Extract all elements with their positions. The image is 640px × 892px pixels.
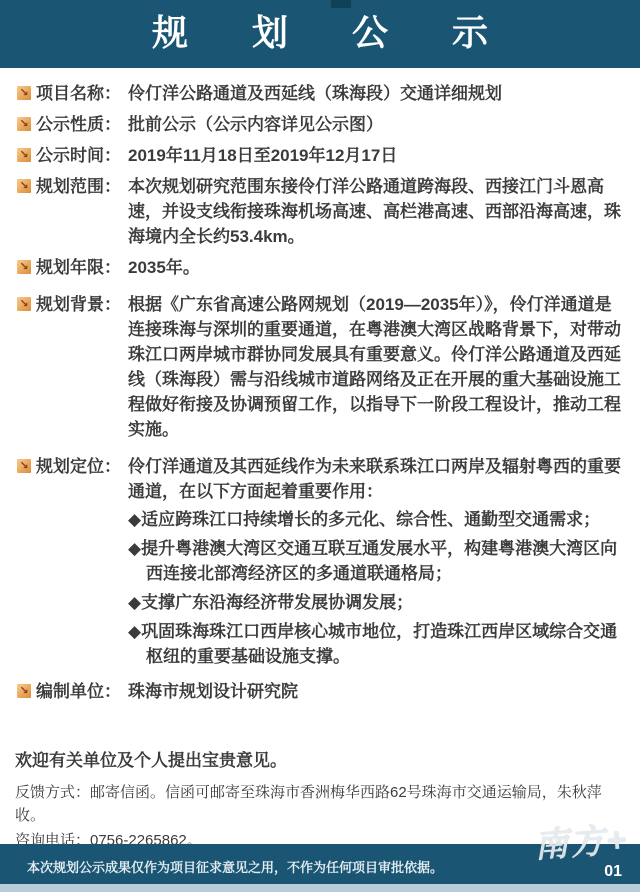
field-label: 项目名称： (36, 81, 128, 106)
field-label: 规划范围： (36, 174, 128, 199)
content-area: ↘ 项目名称： 伶仃洋公路通道及西延线（珠海段）交通详细规划 ↘ 公示性质： 批… (0, 68, 640, 704)
arrow-bullet-icon: ↘ (17, 459, 31, 473)
sub-bullet-item: ◆提升粤港澳大湾区交通互联互通发展水平，构建粤港澳大湾区向西连接北部湾经济区的多… (128, 536, 625, 586)
field-value: 批前公示（公示内容详见公示图） (128, 112, 625, 137)
field-value: 伶仃洋公路通道及西延线（珠海段）交通详细规划 (128, 81, 625, 106)
arrow-bullet-icon: ↘ (17, 148, 31, 162)
field-value: 根据《广东省高速公路网规划（2019—2035年）》，伶仃洋通道是连接珠海与深圳… (128, 292, 625, 442)
positioning-intro: 伶仃洋通道及其西延线作为未来联系珠江口两岸及辐射粤西的重要通道，在以下方面起着重… (128, 457, 621, 501)
top-notch (331, 0, 351, 8)
arrow-bullet-icon: ↘ (17, 260, 31, 274)
field-row-planning-horizon: ↘ 规划年限： 2035年。 (17, 255, 625, 280)
field-value: 本次规划研究范围东接伶仃洋公路通道跨海段、西接江门斗恩高速，并设支线衔接珠海机场… (128, 174, 625, 249)
field-row-prepared-by: ↘ 编制单位： 珠海市规划设计研究院 (17, 679, 625, 704)
field-label: 公示性质： (36, 112, 128, 137)
bottom-strip (0, 884, 640, 892)
sub-bullet-item: ◆支撑广东沿海经济带发展协调发展； (128, 590, 625, 615)
field-label: 规划背景： (36, 292, 128, 317)
positioning-sub-bullets: ◆适应跨珠江口持续增长的多元化、综合性、通勤型交通需求； ◆提升粤港澳大湾区交通… (128, 507, 625, 669)
announcement-page: 规划公示 ↘ 项目名称： 伶仃洋公路通道及西延线（珠海段）交通详细规划 ↘ 公示… (0, 0, 640, 892)
arrow-bullet-icon: ↘ (17, 86, 31, 100)
field-row-notice-period: ↘ 公示时间： 2019年11月18日至2019年12月17日 (17, 143, 625, 168)
field-value: 伶仃洋通道及其西延线作为未来联系珠江口两岸及辐射粤西的重要通道，在以下方面起着重… (128, 454, 625, 673)
arrow-bullet-icon: ↘ (17, 297, 31, 311)
field-value: 2019年11月18日至2019年12月17日 (128, 143, 625, 168)
field-row-planning-scope: ↘ 规划范围： 本次规划研究范围东接伶仃洋公路通道跨海段、西接江门斗恩高速，并设… (17, 174, 625, 249)
sub-bullet-item: ◆巩固珠海珠江口西岸核心城市地位，打造珠江西岸区域综合交通枢纽的重要基础设施支撑… (128, 619, 625, 669)
arrow-bullet-icon: ↘ (17, 117, 31, 131)
footer-disclaimer: 本次规划公示成果仅作为项目征求意见之用，不作为任何项目审批依据。 (27, 857, 443, 876)
page-number: 01 (604, 863, 622, 881)
arrow-bullet-icon: ↘ (17, 684, 31, 698)
field-row-notice-type: ↘ 公示性质： 批前公示（公示内容详见公示图） (17, 112, 625, 137)
field-row-planning-background: ↘ 规划背景： 根据《广东省高速公路网规划（2019—2035年）》，伶仃洋通道… (17, 292, 625, 442)
field-label: 规划定位： (36, 454, 128, 479)
field-value: 2035年。 (128, 255, 625, 280)
field-label: 规划年限： (36, 255, 128, 280)
field-label: 编制单位： (36, 679, 128, 704)
welcome-line: 欢迎有关单位及个人提出宝贵意见。 (15, 748, 625, 773)
header-banner: 规划公示 (0, 0, 640, 68)
sub-bullet-item: ◆适应跨珠江口持续增长的多元化、综合性、通勤型交通需求； (128, 507, 625, 532)
page-title: 规划公示 (0, 0, 640, 55)
footer-bar: 本次规划公示成果仅作为项目征求意见之用，不作为任何项目审批依据。 01 (0, 844, 640, 884)
field-label: 公示时间： (36, 143, 128, 168)
arrow-bullet-icon: ↘ (17, 179, 31, 193)
feedback-method-line: 反馈方式：邮寄信函。信函可邮寄至珠海市香洲梅华西路62号珠海市交通运输局，朱秋萍… (15, 781, 625, 827)
field-row-project-name: ↘ 项目名称： 伶仃洋公路通道及西延线（珠海段）交通详细规划 (17, 81, 625, 106)
field-row-planning-positioning: ↘ 规划定位： 伶仃洋通道及其西延线作为未来联系珠江口两岸及辐射粤西的重要通道，… (17, 454, 625, 673)
field-value: 珠海市规划设计研究院 (128, 679, 625, 704)
